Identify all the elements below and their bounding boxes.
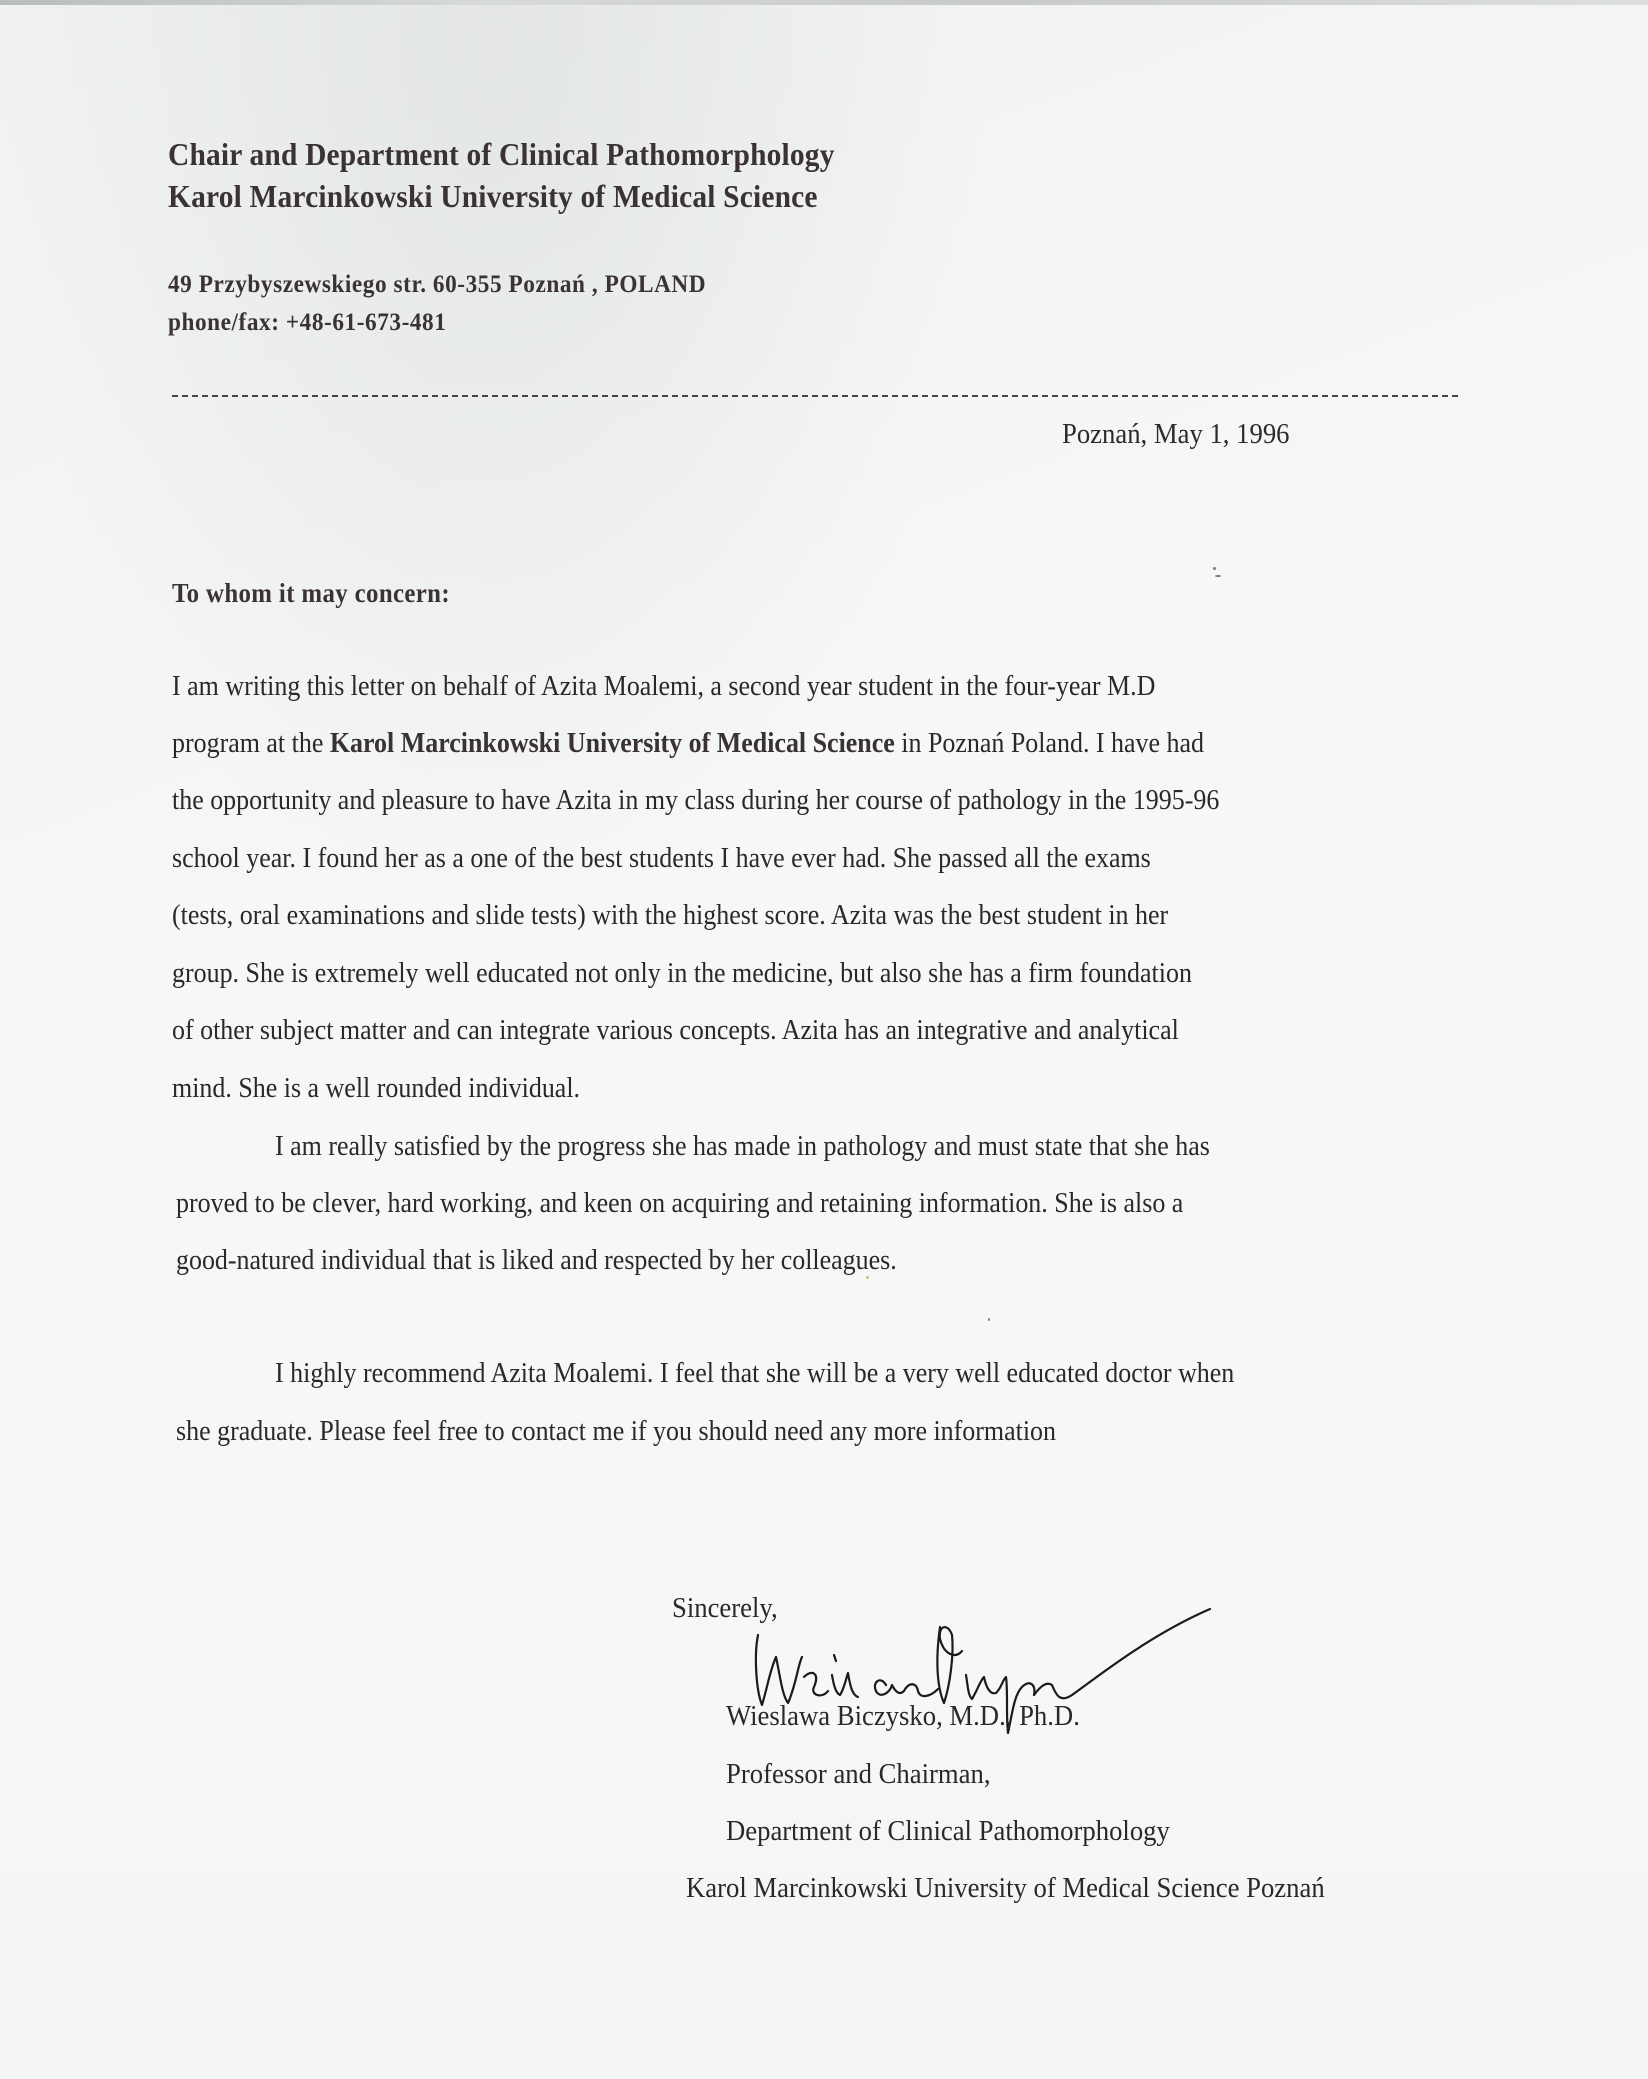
signatory-university: Karol Marcinkowski University of Medical…	[686, 1872, 1325, 1905]
salutation: To whom it may concern:	[172, 578, 450, 609]
scan-speck	[866, 1276, 869, 1279]
body-line: mind. She is a well rounded individual.	[172, 1072, 580, 1105]
body-line: good-natured individual that is liked an…	[176, 1244, 897, 1277]
body-line: I am really satisfied by the progress sh…	[275, 1130, 1210, 1163]
body-line: the opportunity and pleasure to have Azi…	[172, 784, 1219, 817]
body-line: she graduate. Please feel free to contac…	[176, 1415, 1056, 1448]
signatory-department: Department of Clinical Pathomorphology	[726, 1815, 1170, 1848]
letterhead-university: Karol Marcinkowski University of Medical…	[168, 178, 818, 215]
letterhead-address: 49 Przybyszewskiego str. 60-355 Poznań ,…	[168, 271, 706, 299]
body-line: group. She is extremely well educated no…	[172, 957, 1192, 990]
scan-speck	[988, 1318, 990, 1321]
body-line: program at the Karol Marcinkowski Univer…	[172, 727, 1204, 760]
body-line: I am writing this letter on behalf of Az…	[172, 670, 1155, 703]
body-line: of other subject matter and can integrat…	[172, 1014, 1179, 1047]
university-name-bold: Karol Marcinkowski University of Medical…	[330, 727, 895, 759]
body-line: proved to be clever, hard working, and k…	[176, 1187, 1183, 1220]
scan-speck	[1213, 567, 1216, 570]
letterhead-phone-fax: phone/fax: +48-61-673-481	[168, 309, 446, 337]
body-line: school year. I found her as a one of the…	[172, 842, 1151, 875]
body-line: (tests, oral examinations and slide test…	[172, 899, 1168, 932]
signatory-name: Wieslawa Biczysko, M.D., Ph.D.	[726, 1700, 1080, 1733]
letterhead-department: Chair and Department of Clinical Pathomo…	[168, 136, 835, 173]
letterhead-divider	[172, 395, 1458, 397]
paper-top-edge	[0, 0, 1648, 5]
signatory-title: Professor and Chairman,	[726, 1758, 991, 1791]
body-line: I highly recommend Azita Moalemi. I feel…	[275, 1357, 1234, 1390]
letter-date: Poznań, May 1, 1996	[1062, 418, 1289, 451]
scan-speck	[1215, 575, 1221, 577]
